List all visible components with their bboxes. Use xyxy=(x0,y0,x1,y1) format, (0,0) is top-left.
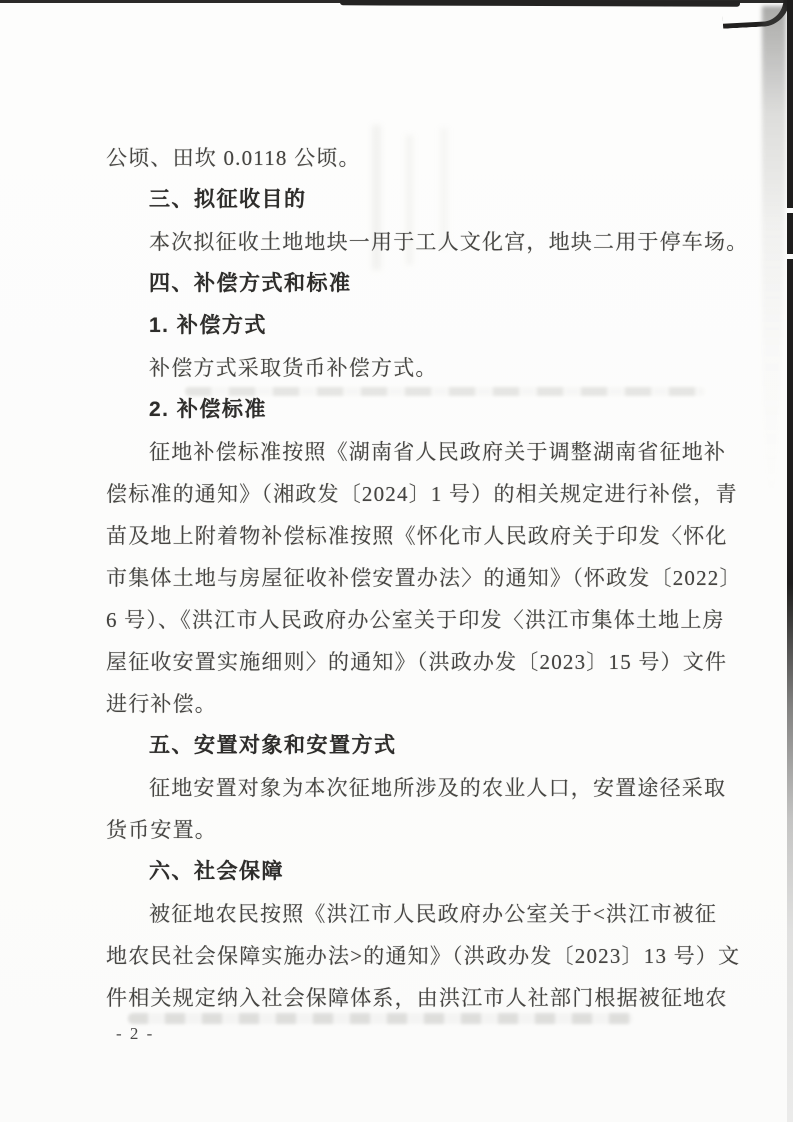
text-line: 征地安置对象为本次征地所涉及的农业人口，安置途径采取 xyxy=(106,767,731,809)
text-line: 进行补偿。 xyxy=(106,683,731,725)
text-line: 偿标准的通知》（湘政发〔2024〕1 号）的相关规定进行补偿，青 xyxy=(106,473,731,515)
text-line: 补偿方式采取货币补偿方式。 xyxy=(106,347,731,389)
scan-artifact-right-edge-gap xyxy=(787,254,793,259)
document-body: 公顷、田坎 0.0118 公顷。三、拟征收目的本次拟征收土地地块一用于工人文化宫… xyxy=(106,137,731,1019)
text-line: 公顷、田坎 0.0118 公顷。 xyxy=(106,137,731,179)
text-line: 6 号）、《洪江市人民政府办公室关于印发〈洪江市集体土地上房 xyxy=(106,599,731,641)
text-line: 地农民社会保障实施办法>的通知》（洪政办发〔2023〕13 号）文 xyxy=(106,935,731,977)
section-heading: 四、补偿方式和标准 xyxy=(106,263,731,305)
section-heading: 五、安置对象和安置方式 xyxy=(106,725,731,767)
text-line: 苗及地上附着物补偿标准按照《怀化市人民政府关于印发〈怀化 xyxy=(106,515,731,557)
scan-artifact-right-edge-gap xyxy=(787,208,793,213)
text-line: 被征地农民按照《洪江市人民政府办公室关于<洪江市被征 xyxy=(106,893,731,935)
section-heading: 六、社会保障 xyxy=(106,851,731,893)
page-number: - 2 - xyxy=(116,1024,154,1044)
section-heading: 1. 补偿方式 xyxy=(106,305,731,347)
text-line: 本次拟征收土地地块一用于工人文化宫，地块二用于停车场。 xyxy=(106,221,731,263)
text-line: 征地补偿标准按照《湖南省人民政府关于调整湖南省征地补 xyxy=(106,431,731,473)
scan-artifact-top-wedge xyxy=(340,0,740,7)
text-line: 货币安置。 xyxy=(106,809,731,851)
text-line: 屋征收安置实施细则〉的通知》（洪政办发〔2023〕15 号）文件 xyxy=(106,641,731,683)
text-line: 市集体土地与房屋征收补偿安置办法〉的通知》（怀政发〔2022〕 xyxy=(106,557,731,599)
section-heading: 三、拟征收目的 xyxy=(106,179,731,221)
scanned-document-page: 公顷、田坎 0.0118 公顷。三、拟征收目的本次拟征收土地地块一用于工人文化宫… xyxy=(0,0,793,1122)
section-heading: 2. 补偿标准 xyxy=(106,389,731,431)
scan-artifact-right-edge xyxy=(787,0,793,1122)
text-line: 件相关规定纳入社会保障体系，由洪江市人社部门根据被征地农 xyxy=(106,977,731,1019)
scan-artifact-curl-shadow xyxy=(762,6,786,496)
